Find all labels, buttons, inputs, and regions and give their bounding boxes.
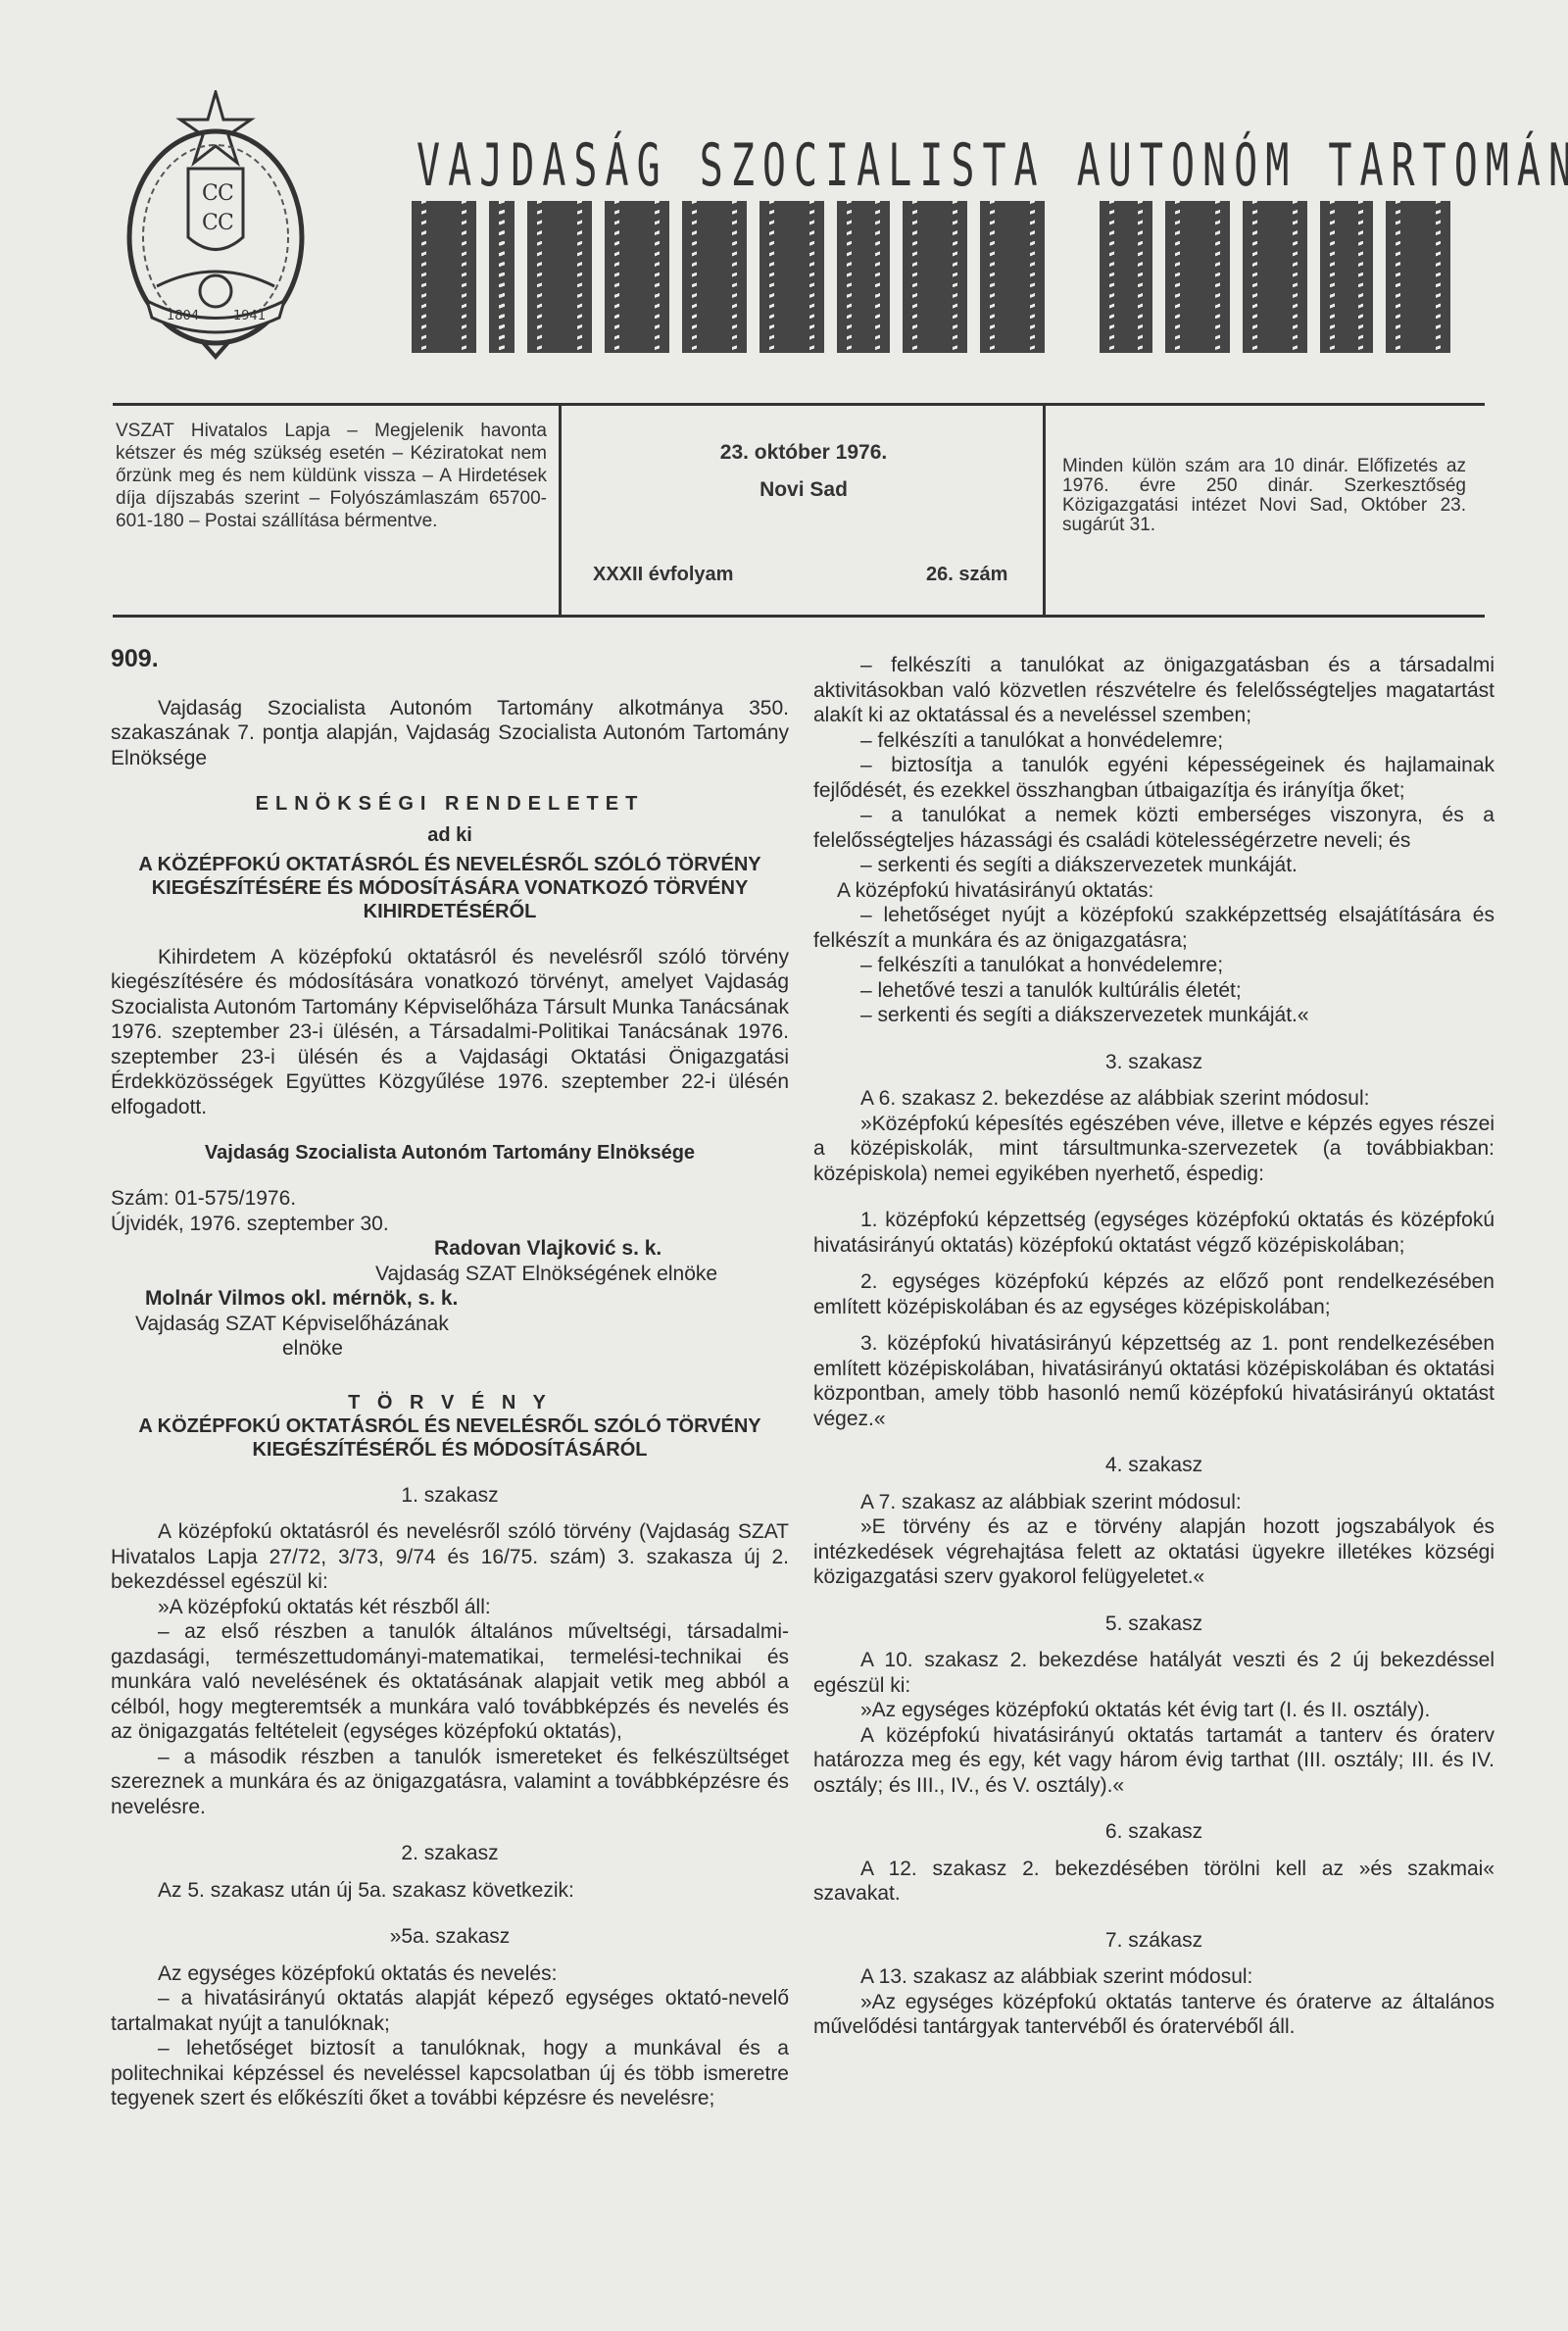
publication-terms: VSZAT Hivatalos Lapja – Megjelenik havon…	[116, 420, 547, 532]
section-1-list-item: – a második részben a tanulók ismereteke…	[111, 1745, 789, 1820]
svg-text:C: C	[218, 181, 234, 206]
section-5-paragraph: »Az egységes középfokú oktatás két évig …	[813, 1698, 1494, 1723]
emblem-year-left: 1804	[167, 309, 199, 323]
title-letter: L	[837, 201, 890, 353]
title-space	[1057, 201, 1087, 358]
section-1-paragraph: A középfokú oktatásról és nevelésről szó…	[111, 1519, 789, 1595]
section-7-paragraph: A 13. szakasz az alábbiak szerint módosu…	[813, 1964, 1494, 1990]
title-letter: I	[489, 201, 514, 353]
section-3-item: 3. középfokú hivatásirányú képzettség az…	[813, 1331, 1494, 1431]
section-6-paragraph: A 12. szakasz 2. bekezdésében törölni ke…	[813, 1857, 1494, 1907]
svg-text:C: C	[202, 181, 219, 206]
publication-title: HIVATALOSLAPJA	[412, 201, 1490, 358]
section-5-paragraph: A középfokú hivatásirányú oktatás tartam…	[813, 1723, 1494, 1799]
decree-subheading: ad ki	[111, 823, 789, 847]
left-column: 909. Vajdaság Szocialista Autonóm Tartom…	[111, 647, 789, 2111]
section-7-heading: 7. szákasz	[813, 1928, 1494, 1954]
section-3-paragraph: »Középfokú képesítés egészében véve, ill…	[813, 1112, 1494, 1187]
emblem-year-right: 1941	[233, 309, 266, 323]
list-item: – a tanulókat a nemek közti emberséges v…	[813, 803, 1494, 853]
section-1-paragraph: »A középfokú oktatás két részből áll:	[111, 1595, 789, 1620]
title-letter: H	[412, 201, 476, 353]
list-item: – lehetőséget nyújt a középfokú szakképz…	[813, 903, 1494, 953]
section-3-item: 2. egységes középfokú képzés az előző po…	[813, 1269, 1494, 1319]
section-5a-heading: »5a. szakasz	[111, 1924, 789, 1950]
title-letter: O	[903, 201, 967, 353]
section-3-paragraph: A 6. szakasz 2. bekezdése az alábbiak sz…	[813, 1086, 1494, 1112]
signatory-2-title: Vajdaság SZAT Képviselőházának	[111, 1312, 789, 1337]
svg-text:C: C	[202, 211, 219, 235]
list-item: – biztosítja a tanulók egyéni képességei…	[813, 753, 1494, 803]
signatory-2-name: Molnár Vilmos okl. mérnök, s. k.	[111, 1286, 789, 1312]
signatory-1-title: Vajdaság SZAT Elnökségének elnöke	[111, 1262, 789, 1287]
section-1-list-item: – az első részben a tanulók általános mű…	[111, 1619, 789, 1745]
publisher-heading: VAJDASÁG SZOCIALISTA AUTONÓM TARTOMÁNY	[416, 132, 1494, 200]
right-column: – felkészíti a tanulókat az önigazgatásb…	[813, 653, 1494, 2040]
issue-date: 23. október 1976.	[568, 441, 1039, 465]
section-2-paragraph: Az 5. szakasz után új 5a. szakasz követk…	[111, 1878, 789, 1904]
title-letter: L	[1100, 201, 1152, 353]
decree-title: A KÖZÉPFOKÚ OKTATÁSRÓL ÉS NEVELÉSRŐL SZÓ…	[111, 853, 789, 923]
section-4-paragraph: A 7. szakasz az alábbiak szerint módosul…	[813, 1490, 1494, 1515]
info-box-top-rule	[113, 403, 1485, 406]
section-5-paragraph: A 10. szakasz 2. bekezdése hatályát vesz…	[813, 1648, 1494, 1698]
list-item: – felkészíti a tanulókat az önigazgatásb…	[813, 653, 1494, 728]
title-letter: V	[527, 201, 592, 353]
section-4-paragraph: »E törvény és az e törvény alapján hozot…	[813, 1514, 1494, 1590]
section-7-paragraph: »Az egységes középfokú oktatás tanterve …	[813, 1990, 1494, 2040]
section-5a-list-item: – a hivatásirányú oktatás alapját képező…	[111, 1986, 789, 2036]
list-item: – serkenti és segíti a diákszervezetek m…	[813, 1003, 1494, 1028]
section-6-heading: 6. szakasz	[813, 1819, 1494, 1845]
section-1-heading: 1. szakasz	[111, 1483, 789, 1509]
law-heading: T Ö R V É N Y	[111, 1391, 789, 1414]
issuer: Vajdaság Szocialista Autonóm Tartomány E…	[111, 1141, 789, 1165]
list-item: – felkészíti a tanulókat a honvédelemre;	[813, 728, 1494, 754]
section-3-heading: 3. szakasz	[813, 1050, 1494, 1075]
title-letter: P	[1243, 201, 1307, 353]
place-and-date: Újvidék, 1976. szeptember 30.	[111, 1212, 789, 1237]
gazette-page: C C C C 1804 1941 VAJDASÁG SZOCIALISTA A…	[0, 0, 1568, 2331]
issue-volume: XXXII évfolyam	[593, 564, 733, 586]
law-title: A KÖZÉPFOKÚ OKTATÁSRÓL ÉS NEVELÉSRŐL SZÓ…	[111, 1414, 789, 1462]
section-2-heading: 2. szakasz	[111, 1841, 789, 1866]
coat-of-arms-icon: C C C C 1804 1941	[118, 90, 314, 360]
section-5a-list-item: – lehetőséget biztosít a tanulóknak, hog…	[111, 2036, 789, 2111]
list-item: – felkészíti a tanulókat a honvédelemre;	[813, 953, 1494, 978]
reference-number: Szám: 01-575/1976.	[111, 1186, 789, 1212]
section-5-heading: 5. szakasz	[813, 1612, 1494, 1637]
item-number: 909.	[111, 647, 789, 672]
issue-info: 23. október 1976. Novi Sad XXXII évfolya…	[568, 441, 1039, 598]
info-box-divider	[559, 403, 562, 618]
section-3-item: 1. középfokú képzettség (egységes középf…	[813, 1208, 1494, 1258]
issue-city: Novi Sad	[568, 478, 1039, 502]
promulgation-text: Kihirdetem A középfokú oktatásról és nev…	[111, 945, 789, 1120]
title-letter: A	[605, 201, 669, 353]
section-4-heading: 4. szakasz	[813, 1453, 1494, 1478]
section-5a-paragraph: Az egységes középfokú oktatás és nevelés…	[111, 1961, 789, 1987]
title-letter: A	[759, 201, 824, 353]
svg-text:C: C	[218, 211, 234, 235]
issue-number: 26. szám	[926, 564, 1007, 586]
title-letter: A	[1165, 201, 1230, 353]
paragraph: A középfokú hivatásirányú oktatás:	[813, 878, 1494, 904]
signatory-1-name: Radovan Vlajković s. k.	[111, 1236, 789, 1262]
list-item: – lehetővé teszi a tanulók kultúrális él…	[813, 978, 1494, 1004]
title-letter: J	[1320, 201, 1373, 353]
title-letter: A	[1386, 201, 1450, 353]
info-box-bottom-rule	[113, 615, 1485, 618]
info-box-divider	[1043, 403, 1046, 618]
signatory-2-title-line2: elnöke	[111, 1336, 789, 1362]
title-letter: T	[682, 201, 747, 353]
preamble: Vajdaság Szocialista Autonóm Tartomány a…	[111, 696, 789, 771]
title-letter: S	[980, 201, 1045, 353]
subscription-info: Minden külön szám ara 10 dinár. Előfizet…	[1062, 457, 1466, 535]
decree-heading: ELNÖKSÉGI RENDELETET	[111, 792, 789, 818]
list-item: – serkenti és segíti a diákszervezetek m…	[813, 853, 1494, 878]
